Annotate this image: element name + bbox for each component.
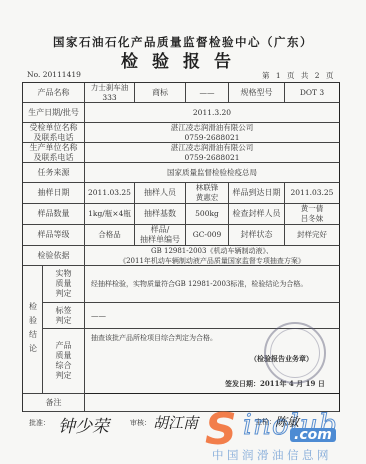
inspected-unit-label-line2: 及联系电话 [34, 133, 74, 143]
production-date-value: 2011.3.20 [85, 103, 340, 123]
physical-quality-label: 实物质量判定 [43, 266, 85, 303]
inspected-unit-name: 湛江凌志润滑油有限公司 [171, 123, 254, 133]
trademark-label: 商标 [135, 83, 186, 103]
trademark-value: —— [186, 83, 229, 103]
approve-label: 批准： [29, 418, 50, 428]
production-unit-name: 湛江凌志润滑油有限公司 [171, 143, 254, 153]
arrival-date-value: 2011.03.25 [285, 183, 340, 204]
sample-quantity-value: 1kg/瓶×4瓶 [85, 204, 135, 225]
inspection-basis-label: 检验依据 [23, 246, 85, 266]
page-info: 第 1 页 共 2 页 [262, 70, 333, 81]
inspected-unit-value: 湛江凌志润滑油有限公司 0759-2688021 [85, 123, 340, 143]
task-source-value: 国家质量监督检验检疫总局 [85, 163, 340, 183]
sample-quantity-label: 样品数量 [23, 204, 85, 225]
inspector-label: 主检： [255, 417, 276, 427]
task-source-label: 任务来源 [23, 163, 85, 183]
sampler-1: 林联锋 [196, 183, 219, 193]
spec-value: DOT 3 [285, 83, 340, 103]
sampler-value: 林联锋 黄惠宏 [186, 183, 229, 204]
watermark-logo-s: S [205, 410, 237, 450]
official-seal-inner-ring [270, 328, 320, 378]
product-name-line1: 力士刹车油 [91, 83, 129, 93]
inspected-unit-label: 受检单位名称 及联系电话 [23, 123, 85, 143]
issue-date: 签发日期：2011年 4 月 19 日 [225, 379, 325, 389]
sample-grade-label: 样品等级 [23, 225, 85, 246]
seal-status-value: 封样完好 [285, 225, 340, 246]
conclusion-label-text: 检验结论 [28, 302, 38, 358]
physical-quality-value: 经抽样检验，实物质量符合GB 12981-2003标准，检验结论为合格。 [85, 266, 340, 303]
product-name-line2: 333 [102, 93, 116, 103]
sampling-base-value: 500kg [186, 204, 229, 225]
production-unit-label-line1: 生产单位名称 [30, 143, 78, 153]
review-signature: 胡江南 [153, 412, 198, 433]
sampling-date-label: 抽样日期 [23, 183, 85, 204]
sample-number-label-line2: 抽样单编号 [140, 235, 180, 245]
sampling-date-value: 2011.03.25 [85, 183, 135, 204]
inspected-unit-label-line1: 受检单位名称 [30, 123, 78, 133]
sealer-1: 黄一倩 [301, 204, 324, 214]
remarks-label: 备注 [23, 394, 85, 412]
sealer-value: 黄一倩 吕冬妹 [285, 204, 340, 225]
sample-number-label: 样品/ 抽样单编号 [135, 225, 186, 246]
product-name-label: 产品名称 [23, 83, 85, 103]
overall-judgment-label: 产品质量综合判定 [43, 329, 85, 394]
arrival-date-label: 样品到达日期 [229, 183, 285, 204]
seal-status-label: 封样状态 [229, 225, 285, 246]
production-unit-label-line2: 及联系电话 [34, 153, 74, 163]
watermark-site-name: 中国润滑油信息网 [212, 447, 332, 463]
production-unit-phone: 0759-2688021 [184, 153, 239, 163]
doc-title: 检验报告 [0, 47, 366, 72]
inspection-basis-standard: GB 12981-2003《机动车辆制动液》、 [151, 246, 273, 256]
overall-judgment-value: 抽查该批产品所检项目综合判定为合格。 [91, 333, 217, 343]
sampler-label: 抽样人员 [135, 183, 186, 204]
watermark-logo-com: .com [290, 428, 336, 442]
spec-label: 规格型号 [229, 83, 285, 103]
sampling-base-label: 抽样基数 [135, 204, 186, 225]
production-date-label: 生产日期/批号 [23, 103, 85, 123]
approve-signature: 钟少荣 [58, 412, 109, 437]
conclusion-label: 检验结论 [23, 266, 43, 394]
sampler-2: 黄惠宏 [196, 193, 219, 203]
production-unit-value: 湛江凌志润滑油有限公司 0759-2688021 [85, 143, 340, 163]
inspector-signature: 陈敏 [275, 413, 299, 430]
label-judgment-label: 标签判定 [43, 303, 85, 329]
report-number: No. 20111419 [27, 70, 81, 79]
sealer-2: 吕冬妹 [301, 214, 324, 224]
product-name-value: 力士刹车油 333 [85, 83, 135, 103]
review-label: 审核： [130, 418, 151, 428]
inspection-basis-value: GB 12981-2003《机动车辆制动液》、 《2011年机动车辆制动液产品质… [85, 246, 340, 266]
sample-number-value: GC-009 [186, 225, 229, 246]
inspection-basis-plan: 《2011年机动车辆制动液产品质量国家监督专项抽查方案》 [119, 256, 305, 266]
production-unit-label: 生产单位名称 及联系电话 [23, 143, 85, 163]
sealer-label: 检查封样人员 [229, 204, 285, 225]
sample-grade-value: 合格品 [85, 225, 135, 246]
inspected-unit-phone: 0759-2688021 [184, 133, 239, 143]
sample-number-label-line1: 样品/ [151, 225, 170, 235]
